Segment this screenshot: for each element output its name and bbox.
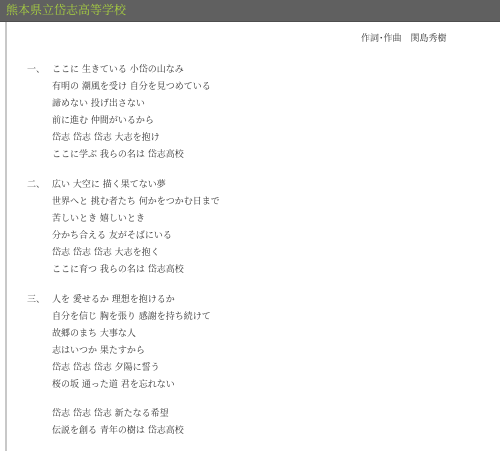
lyric-line: 自分を信じ 胸を張り 感謝を持ち続けて <box>52 311 211 323</box>
lyric-line: 広い 大空に 描く果てない夢 <box>52 179 166 191</box>
lyric-line: ここに学ぶ 我らの名は 岱志高校 <box>52 149 184 161</box>
lyric-line: 諦めない 投げ出さない <box>52 98 145 110</box>
school-name-title[interactable]: 熊本県立岱志高等学校 <box>6 3 126 18</box>
lyric-line: 桜の坂 通った道 君を忘れない <box>52 379 175 391</box>
lyric-line: 故郷のまち 大事な人 <box>52 328 136 340</box>
lyricist-composer-credit: 作詞･作曲 関島秀樹 <box>361 33 447 45</box>
lyric-line: 前に進む 仲間がいるから <box>52 115 154 127</box>
left-border-rule <box>5 22 7 451</box>
lyric-line: 有明の 潮風を受け 自分を見つめている <box>52 81 211 93</box>
verse-number: 三、 <box>27 294 45 306</box>
lyric-line: 岱志 岱志 岱志 夕陽に誓う <box>52 362 160 374</box>
verse-number: 二、 <box>27 179 45 191</box>
lyric-line: 世界へと 挑む者たち 何かをつかむ日まで <box>52 196 220 208</box>
lyric-line: 分かち合える 友がそばにいる <box>52 230 172 242</box>
lyric-line: 伝説を創る 青年の樹は 岱志高校 <box>52 425 184 437</box>
lyric-line: 岱志 岱志 岱志 大志を抱く <box>52 247 160 259</box>
lyric-line: 苦しいとき 嬉しいとき <box>52 213 145 225</box>
lyric-line: 志はいつか 果たすから <box>52 345 145 357</box>
lyric-line: ここに 生きている 小岱の山なみ <box>52 64 184 76</box>
lyric-line: 人を 愛せるか 理想を抱けるか <box>52 294 175 306</box>
lyric-line: 岱志 岱志 岱志 新たなる希望 <box>52 408 169 420</box>
lyric-line: ここに育つ 我らの名は 岱志高校 <box>52 264 184 276</box>
verse-number: 一、 <box>27 64 45 76</box>
site-header: 熊本県立岱志高等学校 <box>0 0 500 22</box>
lyric-line: 岱志 岱志 岱志 大志を抱け <box>52 132 160 144</box>
